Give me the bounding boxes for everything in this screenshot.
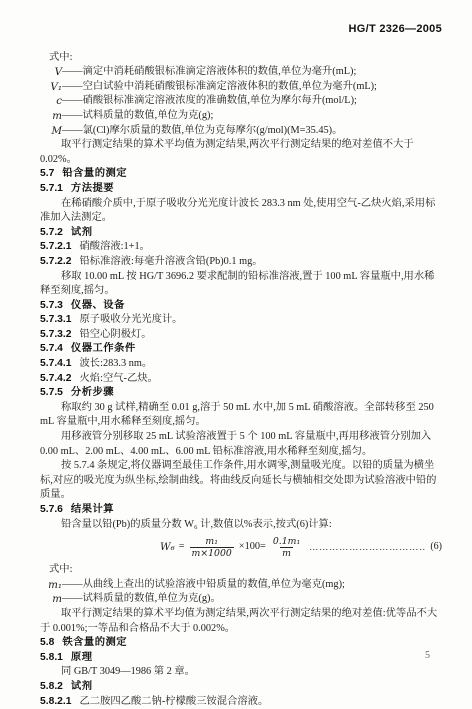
paragraph-sample-prep: 称取约 30 g 试样,精确至 0.01 g,溶于 50 mL 水中,加 5 m… xyxy=(40,401,442,430)
numerator: m₁ xyxy=(203,536,220,548)
clause-text: 火焰:空气-乙炔。 xyxy=(80,373,158,384)
clause-number: 5.8 xyxy=(40,637,54,648)
clause-5-8-2-1: 5.8.2.1乙二胺四乙酸二钠-柠檬酸三铵混合溶液。 xyxy=(40,695,442,709)
precision-note: 取平行测定结果的算术平均值为测定结果,两次平行测定结果的绝对差值不大于 0.02… xyxy=(40,138,442,167)
clause-title: 试剂 xyxy=(71,227,93,238)
symbol: c xyxy=(40,94,62,109)
clause-number: 5.7.2.2 xyxy=(40,256,72,267)
fraction-1: m₁ m×1000 xyxy=(190,536,234,560)
equation-number: (6) xyxy=(430,540,442,555)
clause-number: 5.8.1 xyxy=(40,652,63,663)
clause-number: 5.7.2.1 xyxy=(40,241,72,252)
paragraph-method-summary: 在稀硝酸介质中,于原子吸收分光光度计波长 283.3 nm 处,使用空气-乙炔火… xyxy=(40,197,442,226)
clause-5-7-1-heading: 5.7.1方法提要 xyxy=(40,182,442,197)
clause-number: 5.8.2.1 xyxy=(40,696,72,707)
symbol-description: ——空白试验中消耗硝酸银标准滴定溶液体积的数值,单位为毫升(mL); xyxy=(62,80,442,95)
formula-middle: ×100= xyxy=(239,540,266,555)
symbol: m₁ xyxy=(40,578,62,593)
symbol-description: ——从曲线上查出的试验溶液中铅质量的数值,单位为毫克(mg); xyxy=(62,578,442,593)
clause-text: 铅空心阴极灯。 xyxy=(80,329,152,340)
clause-5-7-2-heading: 5.7.2试剂 xyxy=(40,226,442,241)
symbol-definition-m: m ——试料质量的数值,单位为克(g); xyxy=(40,109,442,124)
symbol-definition-V1: V₁ ——空白试验中消耗硝酸银标准滴定溶液体积的数值,单位为毫升(mL); xyxy=(40,80,442,95)
clause-number: 5.7 xyxy=(40,168,54,179)
clause-text: 波长:283.3 nm。 xyxy=(80,358,153,369)
clause-text: 乙二胺四乙酸二钠-柠檬酸三铵混合溶液。 xyxy=(80,696,269,707)
clause-number: 5.7.6 xyxy=(40,504,63,515)
numerator: 0.1m₁ xyxy=(271,536,302,548)
clause-5-7-6-heading: 5.7.6结果计算 xyxy=(40,503,442,518)
clause-number: 5.7.3 xyxy=(40,300,63,311)
paragraph-lead-standard-prep: 移取 10.00 mL 按 HG/T 3696.2 要求配制的铅标准溶液,置于 … xyxy=(40,270,442,299)
clause-number: 5.7.3.2 xyxy=(40,329,72,340)
clause-5-7-2-1: 5.7.2.1硝酸溶液:1+1。 xyxy=(40,240,442,255)
paragraph-measurement: 按 5.7.4 条规定,将仪器调至最佳工作条件,用水调零,测量吸光度。以铅的质量… xyxy=(40,459,442,503)
clause-5-8-2-heading: 5.8.2试剂 xyxy=(40,680,442,695)
paragraph-result-intro: 铅含量以铅(Pb)的质量分数 W₆ 计,数值以%表示,按式(6)计算: xyxy=(40,518,442,533)
symbol-description: ——试料质量的数值,单位为克(g)。 xyxy=(62,592,442,607)
symbol-definition-m1: m₁ ——从曲线上查出的试验溶液中铅质量的数值,单位为毫克(mg); xyxy=(40,578,442,593)
clause-5-8-heading: 5.8铁含量的测定 xyxy=(40,636,442,651)
symbol: m xyxy=(40,592,62,607)
where-clause-intro: 式中: xyxy=(49,563,442,578)
clause-title: 原理 xyxy=(71,652,93,663)
symbol-description: ——试料质量的数值,单位为克(g); xyxy=(62,109,442,124)
standard-code: HG/T 2326—2005 xyxy=(349,23,442,35)
clause-number: 5.7.5 xyxy=(40,387,63,398)
formula-equation-6: W₆ = m₁ m×1000 ×100= 0.1m₁ m ……………………………… xyxy=(40,532,442,563)
precision-note: 取平行测定结果的算术平均值为测定结果,两次平行测定结果的绝对差值:优等品不大于 … xyxy=(40,607,442,636)
symbol: V xyxy=(40,65,62,80)
clause-text: 铅标准溶液:每毫升溶液含铅(Pb)0.1 mg。 xyxy=(80,256,263,267)
clause-title: 分析步骤 xyxy=(71,387,114,398)
clause-5-7-4-2: 5.7.4.2火焰:空气-乙炔。 xyxy=(40,372,442,387)
clause-text: 硝酸溶液:1+1。 xyxy=(80,241,150,252)
where-clause-intro: 式中: xyxy=(49,51,442,66)
document-page: HG/T 2326—2005 式中: V ——滴定中消耗硝酸银标准滴定溶液体积的… xyxy=(0,0,472,682)
fraction-2: 0.1m₁ m xyxy=(271,536,302,560)
formula-lhs: W₆ xyxy=(160,540,175,555)
clause-5-8-1-heading: 5.8.1原理 xyxy=(40,651,442,666)
symbol: V₁ xyxy=(40,80,62,95)
paragraph-pipetting: 用移液管分别移取 25 mL 试验溶液置于 5 个 100 mL 容量瓶中,再用… xyxy=(40,430,442,459)
symbol-definition-V: V ——滴定中消耗硝酸银标准滴定溶液体积的数值,单位为毫升(mL); xyxy=(40,65,442,80)
clause-title: 仪器、设备 xyxy=(71,300,125,311)
symbol-definition-c: c ——硝酸银标准滴定溶液浓度的准确数值,单位为摩尔每升(mol/L); xyxy=(40,94,442,109)
symbol-definition-M: M ——氯(Cl)摩尔质量的数值,单位为克每摩尔(g/mol)(M=35.45)… xyxy=(40,124,442,139)
dot-leader: ……………………………………………………………… xyxy=(309,540,426,555)
symbol-description: ——氯(Cl)摩尔质量的数值,单位为克每摩尔(g/mol)(M=35.45)。 xyxy=(62,124,442,139)
clause-5-7-heading: 5.7铅含量的测定 xyxy=(40,167,442,182)
page-number: 5 xyxy=(425,649,430,664)
symbol-definition-m: m ——试料质量的数值,单位为克(g)。 xyxy=(40,592,442,607)
symbol-description: ——滴定中消耗硝酸银标准滴定溶液体积的数值,单位为毫升(mL); xyxy=(62,65,442,80)
clause-number: 5.7.4.2 xyxy=(40,373,72,384)
symbol: m xyxy=(40,109,62,124)
clause-title: 试剂 xyxy=(71,681,93,692)
clause-5-7-3-2: 5.7.3.2铅空心阴极灯。 xyxy=(40,328,442,343)
clause-number: 5.7.2 xyxy=(40,227,63,238)
clause-title: 方法提要 xyxy=(71,183,114,194)
clause-number: 5.7.4 xyxy=(40,343,63,354)
symbol-description: ——硝酸银标准滴定溶液浓度的准确数值,单位为摩尔每升(mol/L); xyxy=(62,94,442,109)
clause-5-7-5-heading: 5.7.5分析步骤 xyxy=(40,386,442,401)
paragraph-principle-ref: 同 GB/T 3049—1986 第 2 章。 xyxy=(40,665,442,680)
clause-5-7-4-heading: 5.7.4仪器工作条件 xyxy=(40,342,442,357)
denominator: m xyxy=(280,547,293,560)
clause-text: 原子吸收分光光度计。 xyxy=(80,314,183,325)
symbol: M xyxy=(40,124,62,139)
denominator: m×1000 xyxy=(190,547,234,560)
clause-number: 5.7.3.1 xyxy=(40,314,72,325)
equals-sign: = xyxy=(179,540,185,555)
clause-number: 5.7.1 xyxy=(40,183,63,194)
page-header: HG/T 2326—2005 xyxy=(40,22,442,38)
clause-5-7-3-1: 5.7.3.1原子吸收分光光度计。 xyxy=(40,313,442,328)
clause-title: 仪器工作条件 xyxy=(71,343,136,354)
clause-5-7-3-heading: 5.7.3仪器、设备 xyxy=(40,299,442,314)
clause-number: 5.7.4.1 xyxy=(40,358,72,369)
clause-number: 5.8.2 xyxy=(40,681,63,692)
clause-5-7-2-2: 5.7.2.2铅标准溶液:每毫升溶液含铅(Pb)0.1 mg。 xyxy=(40,255,442,270)
clause-title: 结果计算 xyxy=(71,504,114,515)
clause-title: 铁含量的测定 xyxy=(62,637,127,648)
clause-title: 铅含量的测定 xyxy=(62,168,127,179)
clause-5-7-4-1: 5.7.4.1波长:283.3 nm。 xyxy=(40,357,442,372)
